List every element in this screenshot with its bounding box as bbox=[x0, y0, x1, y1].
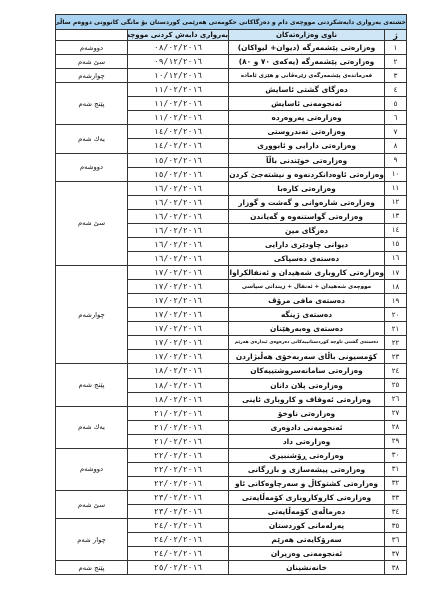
ministry-name: دەستەی دەسپاکی bbox=[229, 251, 385, 265]
header-payment-date: بەرواری دابەش کردنی مووچە bbox=[128, 30, 229, 41]
ministry-name: ئەنجومەنی وەزیران bbox=[229, 547, 385, 561]
row-number: ٢٨ bbox=[385, 420, 407, 434]
payment-date: ١٦/٠٢/٢٠١٦ bbox=[128, 251, 229, 265]
row-number: ٣١ bbox=[385, 462, 407, 476]
ministry-name: وەزارەتی پێشمەرگە (یەکەی ٧٠ و ٨٠) bbox=[229, 55, 385, 69]
weekday-label: یەك شەم bbox=[56, 125, 128, 153]
weekday-label: پێنج شەم bbox=[56, 561, 128, 575]
document-title: خشتەی بەرواری دابەشکردنی مووچەی دام و دە… bbox=[56, 15, 407, 30]
table-body: ١وەزارەتی پێشمەرگە (دیوان+ لیواکان)٠٨/٠٢… bbox=[56, 41, 407, 575]
row-number: ١٥ bbox=[385, 237, 407, 251]
weekday-label: سێ شەم bbox=[56, 181, 128, 265]
payment-date: ٢٢/٠٢/٢٠١٦ bbox=[128, 448, 229, 462]
row-number: ٢٩ bbox=[385, 434, 407, 448]
table-row: ٤دەزگای گشتی ئاسایش١١/٠٢/٢٠١٦پێنج شەم bbox=[56, 83, 407, 97]
ministry-name: وەزارەتی کاروباری شەهیدان و ئەنفالکراوان bbox=[229, 266, 385, 280]
weekday-label: دووشەم bbox=[56, 153, 128, 181]
payment-date: ١٦/٠٢/٢٠١٦ bbox=[128, 195, 229, 209]
row-number: ٦ bbox=[385, 111, 407, 125]
row-number: ١٩ bbox=[385, 294, 407, 308]
payment-date: ١٧/٠٢/٢٠١٦ bbox=[128, 294, 229, 308]
table-row: ٣٣وەزارەتی کاروکاروباری کۆمەڵایەتی٢٣/٠٢/… bbox=[56, 491, 407, 505]
ministry-name: دەزگای مین bbox=[229, 223, 385, 237]
payment-date: ٢٣/٠٢/٢٠١٦ bbox=[128, 505, 229, 519]
ministry-name: وەزارەتی پیشەسازی و بازرگانی bbox=[229, 462, 385, 476]
row-number: ٧ bbox=[385, 125, 407, 139]
row-number: ١٣ bbox=[385, 209, 407, 223]
ministry-name: وەزارەتی خوێندنی باڵآ bbox=[229, 153, 385, 167]
weekday-label: چوار شەم bbox=[56, 519, 128, 561]
row-number: ٢٢ bbox=[385, 336, 407, 350]
row-number: ٣٢ bbox=[385, 476, 407, 490]
table-row: ٣٠وەزارەتی ڕۆشنبیری٢٢/٠٢/٢٠١٦دووشەم bbox=[56, 448, 407, 462]
row-number: ٢٠ bbox=[385, 308, 407, 322]
ministry-name: وەزارەتی پێشمەرگە (دیوان+ لیواکان) bbox=[229, 41, 385, 55]
ministry-name: وەزارەتی کارەبا bbox=[229, 181, 385, 195]
table-row: ١١وەزارەتی کارەبا١٦/٠٢/٢٠١٦سێ شەم bbox=[56, 181, 407, 195]
row-number: ٩ bbox=[385, 153, 407, 167]
payment-date: ١٧/٠٢/٢٠١٦ bbox=[128, 266, 229, 280]
ministry-name: وەزارەتی ناوخۆ bbox=[229, 406, 385, 420]
ministry-name: وەزارەتی سامانەسروشتییەکان bbox=[229, 364, 385, 378]
row-number: ١١ bbox=[385, 181, 407, 195]
row-number: ٣٠ bbox=[385, 448, 407, 462]
row-number: ٥ bbox=[385, 97, 407, 111]
payment-date: ١١/٠٢/٢٠١٦ bbox=[128, 97, 229, 111]
row-number: ٨ bbox=[385, 139, 407, 153]
row-number: ١٨ bbox=[385, 280, 407, 294]
row-number: ٤ bbox=[385, 83, 407, 97]
payment-date: ١٦/٠٢/٢٠١٦ bbox=[128, 181, 229, 195]
ministry-name: وەزارەتی کاروکاروباری کۆمەڵایەتی bbox=[229, 491, 385, 505]
payment-date: ٢٢/٠٢/٢٠١٦ bbox=[128, 462, 229, 476]
header-number: ژ bbox=[385, 30, 407, 41]
weekday-label: دووشەم bbox=[56, 41, 128, 55]
payment-date: ١٦/٠٢/٢٠١٦ bbox=[128, 209, 229, 223]
ministry-name: دەستەی مافی مرۆڤ bbox=[229, 294, 385, 308]
ministry-name: ئەنجومەنی ئاسایش bbox=[229, 97, 385, 111]
payment-date: ١٤/٠٢/٢٠١٦ bbox=[128, 139, 229, 153]
ministry-name: وەزارەتی پلان دانان bbox=[229, 378, 385, 392]
ministry-name: وەزارەتی شارەوانی و گەشت و گوزار bbox=[229, 195, 385, 209]
payment-date: ٢٤/٠٢/٢٠١٦ bbox=[128, 533, 229, 547]
payment-date: ١٧/٠٢/٢٠١٦ bbox=[128, 322, 229, 336]
ministry-name: خانەنشینان bbox=[229, 561, 385, 575]
row-number: ٣٨ bbox=[385, 561, 407, 575]
payment-date: ٢٢/٠٢/٢٠١٦ bbox=[128, 476, 229, 490]
ministry-name: دەرماڵەی کۆمەڵایەتی bbox=[229, 505, 385, 519]
ministry-name: ئەنجومەنی دادوەری bbox=[229, 420, 385, 434]
payment-date: ١٨/٠٢/٢٠١٦ bbox=[128, 392, 229, 406]
ministry-name: فەرماندەی پێشمەرگەی زێرەڤانی و هێزی ئاما… bbox=[229, 69, 385, 83]
row-number: ٣٥ bbox=[385, 519, 407, 533]
ministry-name: دەستەی گشتی ناوچە کوردستانییەکانی دەرەوە… bbox=[229, 336, 385, 350]
ministry-name: وەزارەتی تەندروستی bbox=[229, 125, 385, 139]
salary-schedule-document: خشتەی بەرواری دابەشکردنی مووچەی دام و دە… bbox=[55, 14, 406, 575]
row-number: ٢ bbox=[385, 55, 407, 69]
ministry-name: پەرلەمانی کوردستان bbox=[229, 519, 385, 533]
ministry-name: وەزارەتی دارایی و ئابووری bbox=[229, 139, 385, 153]
weekday-label: پێنج شەم bbox=[56, 364, 128, 406]
weekday-label: سێ شەم bbox=[56, 491, 128, 519]
payment-date: ٢١/٠٢/٢٠١٦ bbox=[128, 406, 229, 420]
payment-date: ١٧/٠٢/٢٠١٦ bbox=[128, 336, 229, 350]
row-number: ١٦ bbox=[385, 251, 407, 265]
ministry-name: دیوانی چاودێری دارایی bbox=[229, 237, 385, 251]
row-number: ٣٤ bbox=[385, 505, 407, 519]
ministry-name: دەستەی وەبەرهێنان bbox=[229, 322, 385, 336]
weekday-label: سێ شەم bbox=[56, 55, 128, 69]
table-row: ١٧وەزارەتی کاروباری شەهیدان و ئەنفالکراو… bbox=[56, 266, 407, 280]
row-number: ١٤ bbox=[385, 223, 407, 237]
table-row: ٢٤وەزارەتی سامانەسروشتییەکان١٨/٠٢/٢٠١٦پێ… bbox=[56, 364, 407, 378]
table-row: ١وەزارەتی پێشمەرگە (دیوان+ لیواکان)٠٨/٠٢… bbox=[56, 41, 407, 55]
ministry-name: کۆمسیونی باڵای سەربەخۆی هەڵبژاردن bbox=[229, 350, 385, 364]
payment-date: ١٨/٠٢/٢٠١٦ bbox=[128, 378, 229, 392]
table-row: ٣٥پەرلەمانی کوردستان٢٤/٠٢/٢٠١٦چوار شەم bbox=[56, 519, 407, 533]
ministry-name: وەزارەتی داد bbox=[229, 434, 385, 448]
payment-date: ٢٤/٠٢/٢٠١٦ bbox=[128, 547, 229, 561]
payment-date: ١٠/١٢/٢٠١٦ bbox=[128, 69, 229, 83]
ministry-name: دەزگای گشتی ئاسایش bbox=[229, 83, 385, 97]
weekday-label: دووشەم bbox=[56, 448, 128, 490]
payment-date: ١١/٠٢/٢٠١٦ bbox=[128, 111, 229, 125]
table-row: ٣فەرماندەی پێشمەرگەی زێرەڤانی و هێزی ئام… bbox=[56, 69, 407, 83]
payment-date: ٢٣/٠٢/٢٠١٦ bbox=[128, 491, 229, 505]
row-number: ٢١ bbox=[385, 322, 407, 336]
header-weekday bbox=[56, 30, 128, 41]
table-row: ٢٧وەزارەتی ناوخۆ٢١/٠٢/٢٠١٦یەك شەم bbox=[56, 406, 407, 420]
row-number: ٢٧ bbox=[385, 406, 407, 420]
payment-date: ٢١/٠٢/٢٠١٦ bbox=[128, 434, 229, 448]
salary-schedule-table: خشتەی بەرواری دابەشکردنی مووچەی دام و دە… bbox=[55, 14, 407, 575]
row-number: ٣٧ bbox=[385, 547, 407, 561]
weekday-label: چوارشەم bbox=[56, 69, 128, 83]
row-number: ٣٣ bbox=[385, 491, 407, 505]
row-number: ١ bbox=[385, 41, 407, 55]
ministry-name: سەرۆکایەتی هەرێم bbox=[229, 533, 385, 547]
payment-date: ١٥/٠٢/٢٠١٦ bbox=[128, 167, 229, 181]
row-number: ٢٥ bbox=[385, 378, 407, 392]
payment-date: ١٦/٠٢/٢٠١٦ bbox=[128, 237, 229, 251]
ministry-name: وەزارەتی گواستنەوە و گەیاندن bbox=[229, 209, 385, 223]
table-row: ٢وەزارەتی پێشمەرگە (یەکەی ٧٠ و ٨٠)٠٩/١٢/… bbox=[56, 55, 407, 69]
row-number: ٣٦ bbox=[385, 533, 407, 547]
ministry-name: وەزارەتی ڕۆشنبیری bbox=[229, 448, 385, 462]
payment-date: ١٧/٠٢/٢٠١٦ bbox=[128, 308, 229, 322]
ministry-name: وەزارەتی ئاوەدانکردنەوە و نیشتەجێ کردن bbox=[229, 167, 385, 181]
ministry-name: وەزارەتی کشتوکاڵ و سەرچاوەکانی ئاو bbox=[229, 476, 385, 490]
header-ministry-name: ناوی وەزارەتەکان bbox=[229, 30, 385, 41]
payment-date: ٢٤/٠٢/٢٠١٦ bbox=[128, 519, 229, 533]
payment-date: ١٧/٠٢/٢٠١٦ bbox=[128, 280, 229, 294]
payment-date: ٠٩/١٢/٢٠١٦ bbox=[128, 55, 229, 69]
ministry-name: مووچەی شەهیدان + ئەنفال + زیندانی سیاسی bbox=[229, 280, 385, 294]
table-row: ٩وەزارەتی خوێندنی باڵآ١٥/٠٢/٢٠١٦دووشەم bbox=[56, 153, 407, 167]
weekday-label: چوارشەم bbox=[56, 266, 128, 364]
payment-date: ١٤/٠٢/٢٠١٦ bbox=[128, 125, 229, 139]
row-number: ٢٣ bbox=[385, 350, 407, 364]
payment-date: ٠٨/٠٢/٢٠١٦ bbox=[128, 41, 229, 55]
ministry-name: وەزارەتی پەروەردە bbox=[229, 111, 385, 125]
table-header-row: ژ ناوی وەزارەتەکان بەرواری دابەش کردنی م… bbox=[56, 30, 407, 41]
table-row: ٧وەزارەتی تەندروستی١٤/٠٢/٢٠١٦یەك شەم bbox=[56, 125, 407, 139]
weekday-label: پێنج شەم bbox=[56, 83, 128, 125]
row-number: ٣ bbox=[385, 69, 407, 83]
row-number: ١٢ bbox=[385, 195, 407, 209]
row-number: ٢٦ bbox=[385, 392, 407, 406]
row-number: ٢٤ bbox=[385, 364, 407, 378]
row-number: ١٠ bbox=[385, 167, 407, 181]
payment-date: ٢١/٠٢/٢٠١٦ bbox=[128, 420, 229, 434]
row-number: ١٧ bbox=[385, 266, 407, 280]
payment-date: ١٥/٠٢/٢٠١٦ bbox=[128, 153, 229, 167]
ministry-name: وەزارەتی ئەوقاف و کاروباری ئاینی bbox=[229, 392, 385, 406]
payment-date: ١٧/٠٢/٢٠١٦ bbox=[128, 350, 229, 364]
ministry-name: دەستەی ژینگە bbox=[229, 308, 385, 322]
payment-date: ١٦/٠٢/٢٠١٦ bbox=[128, 223, 229, 237]
payment-date: ١١/٠٢/٢٠١٦ bbox=[128, 83, 229, 97]
table-row: ٣٨خانەنشینان٢٥/٠٢/٢٠١٦پێنج شەم bbox=[56, 561, 407, 575]
payment-date: ١٨/٠٢/٢٠١٦ bbox=[128, 364, 229, 378]
payment-date: ٢٥/٠٢/٢٠١٦ bbox=[128, 561, 229, 575]
weekday-label: یەك شەم bbox=[56, 406, 128, 448]
